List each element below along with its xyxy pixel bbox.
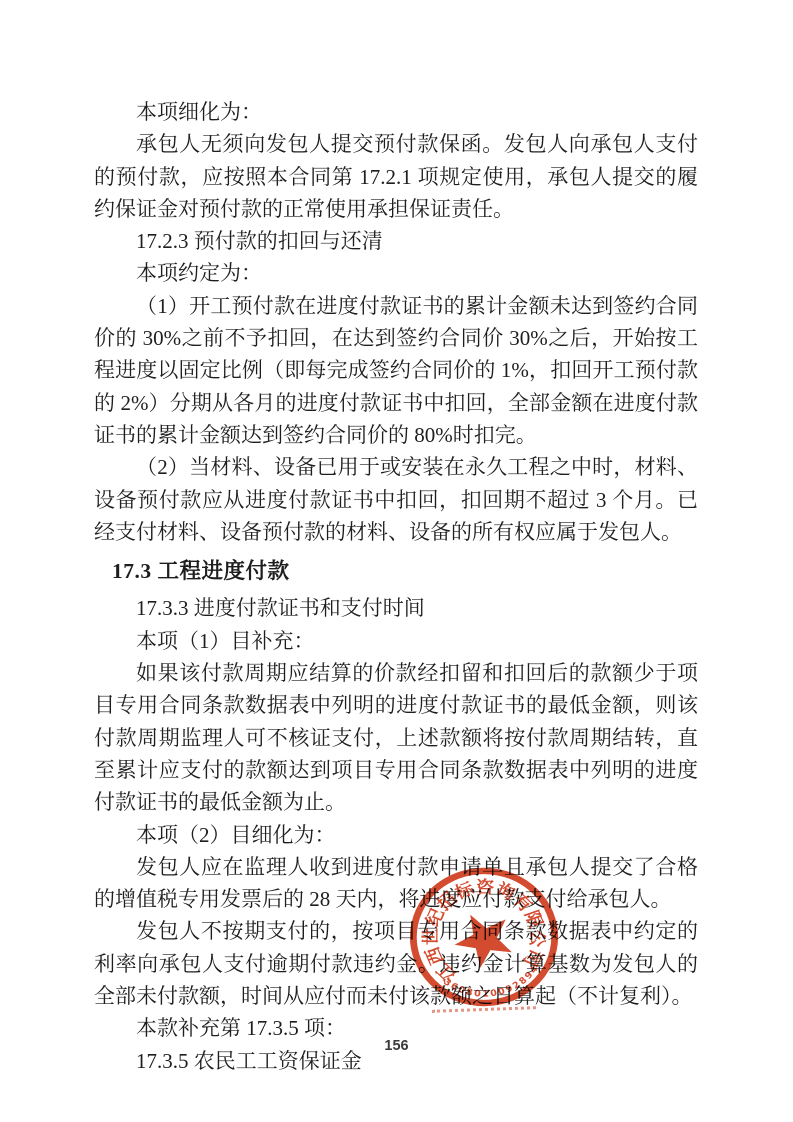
page-number: 156	[384, 1038, 408, 1054]
paragraph: 本项约定为：	[94, 257, 698, 289]
page-content: 本项细化为： 承包人无须向发包人提交预付款保函。发包人向承包人支付的预付款，应按…	[94, 96, 698, 1077]
paragraph: 发包人应在监理人收到进度付款申请单且承包人提交了合格的增值税专用发票后的 28 …	[94, 851, 698, 916]
clause-heading-17-2-3: 17.2.3 预付款的扣回与还清	[94, 225, 698, 257]
paragraph: 本项（1）目补充：	[94, 625, 698, 657]
paragraph: 承包人无须向发包人提交预付款保函。发包人向承包人支付的预付款，应按照本合同第 1…	[94, 128, 698, 225]
paragraph: 如果该付款周期应结算的价款经扣留和扣回后的款额少于项目专用合同条款数据表中列明的…	[94, 657, 698, 818]
paragraph: （1）开工预付款在进度付款证书的累计金额未达到签约合同价的 30%之前不予扣回，…	[94, 290, 698, 451]
page-footer: 156	[0, 1037, 793, 1055]
paragraph: 发包人不按期支付的，按项目专用合同条款数据表中约定的利率向承包人支付逾期付款违约…	[94, 915, 698, 1012]
clause-heading-17-3-3: 17.3.3 进度付款证书和支付时间	[94, 592, 698, 624]
paragraph: 本项（2）目细化为：	[94, 819, 698, 851]
paragraph: （2）当材料、设备已用于或安装在永久工程之中时，材料、设备预付款应从进度付款证书…	[94, 451, 698, 548]
paragraph: 本项细化为：	[94, 96, 698, 128]
section-heading-17-3: 17.3 工程进度付款	[94, 555, 698, 587]
document-page: 本项细化为： 承包人无须向发包人提交预付款保函。发包人向承包人支付的预付款，应按…	[0, 0, 793, 1122]
